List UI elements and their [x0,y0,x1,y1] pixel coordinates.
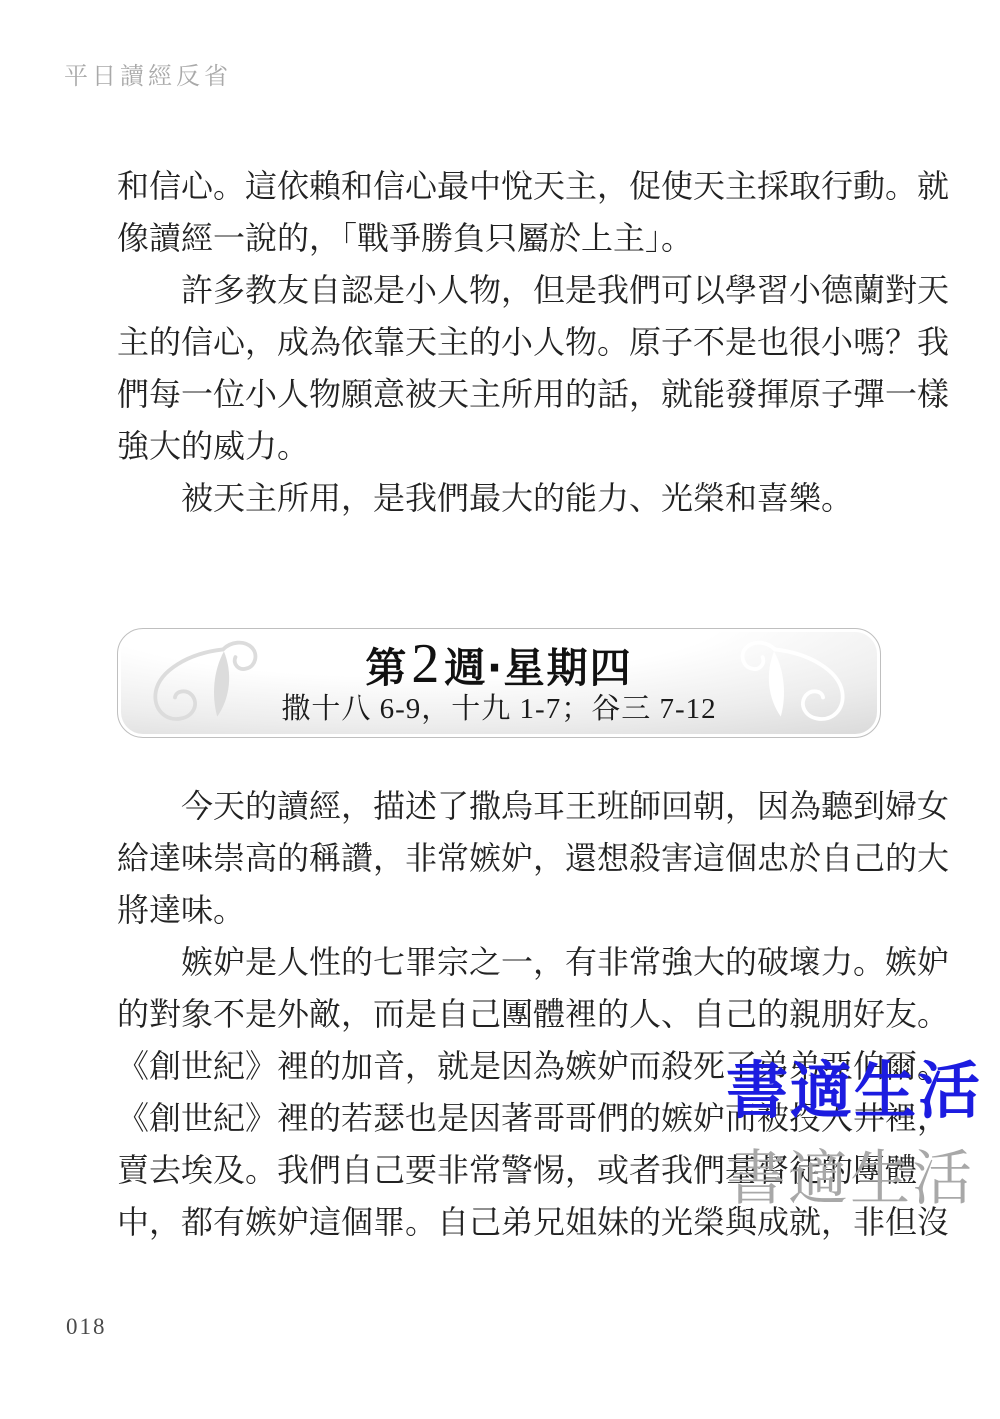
text-line: 給達味崇高的稱讚，非常嫉妒，還想殺害這個忠於自己的大 [117,832,892,884]
banner-title: 第 2 週‧星期四 [365,641,632,691]
flourish-ornament-left-icon [128,636,268,732]
banner-title-prefix: 第 [365,645,408,691]
book-page: 平日讀經反省 和信心。這依賴和信心最中悅天主，促使天主採取行動。就像讀經一說的，… [0,0,1000,1419]
text-line: 的對象不是外敵，而是自己團體裡的人、自己的親朋好友。 [117,988,892,1040]
running-header: 平日讀經反省 [64,56,232,91]
watermark-secondary: 書適生活 [726,1149,974,1209]
text-line: 許多教友自認是小人物，但是我們可以學習小德蘭對天 [117,264,892,316]
banner-title-suffix: 週‧星期四 [444,645,632,691]
text-line: 像讀經一說的，「戰爭勝負只屬於上主」。 [117,212,892,264]
flourish-ornament-right-icon [730,636,870,732]
text-line: 今天的讀經，描述了撒烏耳王班師回朝，因為聽到婦女 [117,780,892,832]
body-text-top: 和信心。這依賴和信心最中悅天主，促使天主採取行動。就像讀經一說的，「戰爭勝負只屬… [117,160,892,524]
text-line: 主的信心，成為依靠天主的小人物。原子不是也很小嗎？我 [117,316,892,368]
text-line: 被天主所用，是我們最大的能力、光榮和喜樂。 [117,472,892,524]
text-line: 和信心。這依賴和信心最中悅天主，促使天主採取行動。就 [117,160,892,212]
text-line: 們每一位小人物願意被天主所用的話，就能發揮原子彈一樣 [117,368,892,420]
banner-week-number: 2 [408,641,444,687]
page-number: 018 [66,1314,107,1340]
watermark-primary: 書適生活 [726,1061,982,1123]
text-line: 嫉妒是人性的七罪宗之一，有非常強大的破壞力。嫉妒 [117,936,892,988]
scripture-references: 撒十八 6-9，十九 1-7；谷三 7-12 [281,693,716,725]
week-day-banner: 第 2 週‧星期四 撒十八 6-9，十九 1-7；谷三 7-12 [117,628,881,738]
text-line: 強大的威力。 [117,420,892,472]
text-line: 將達味。 [117,884,892,936]
